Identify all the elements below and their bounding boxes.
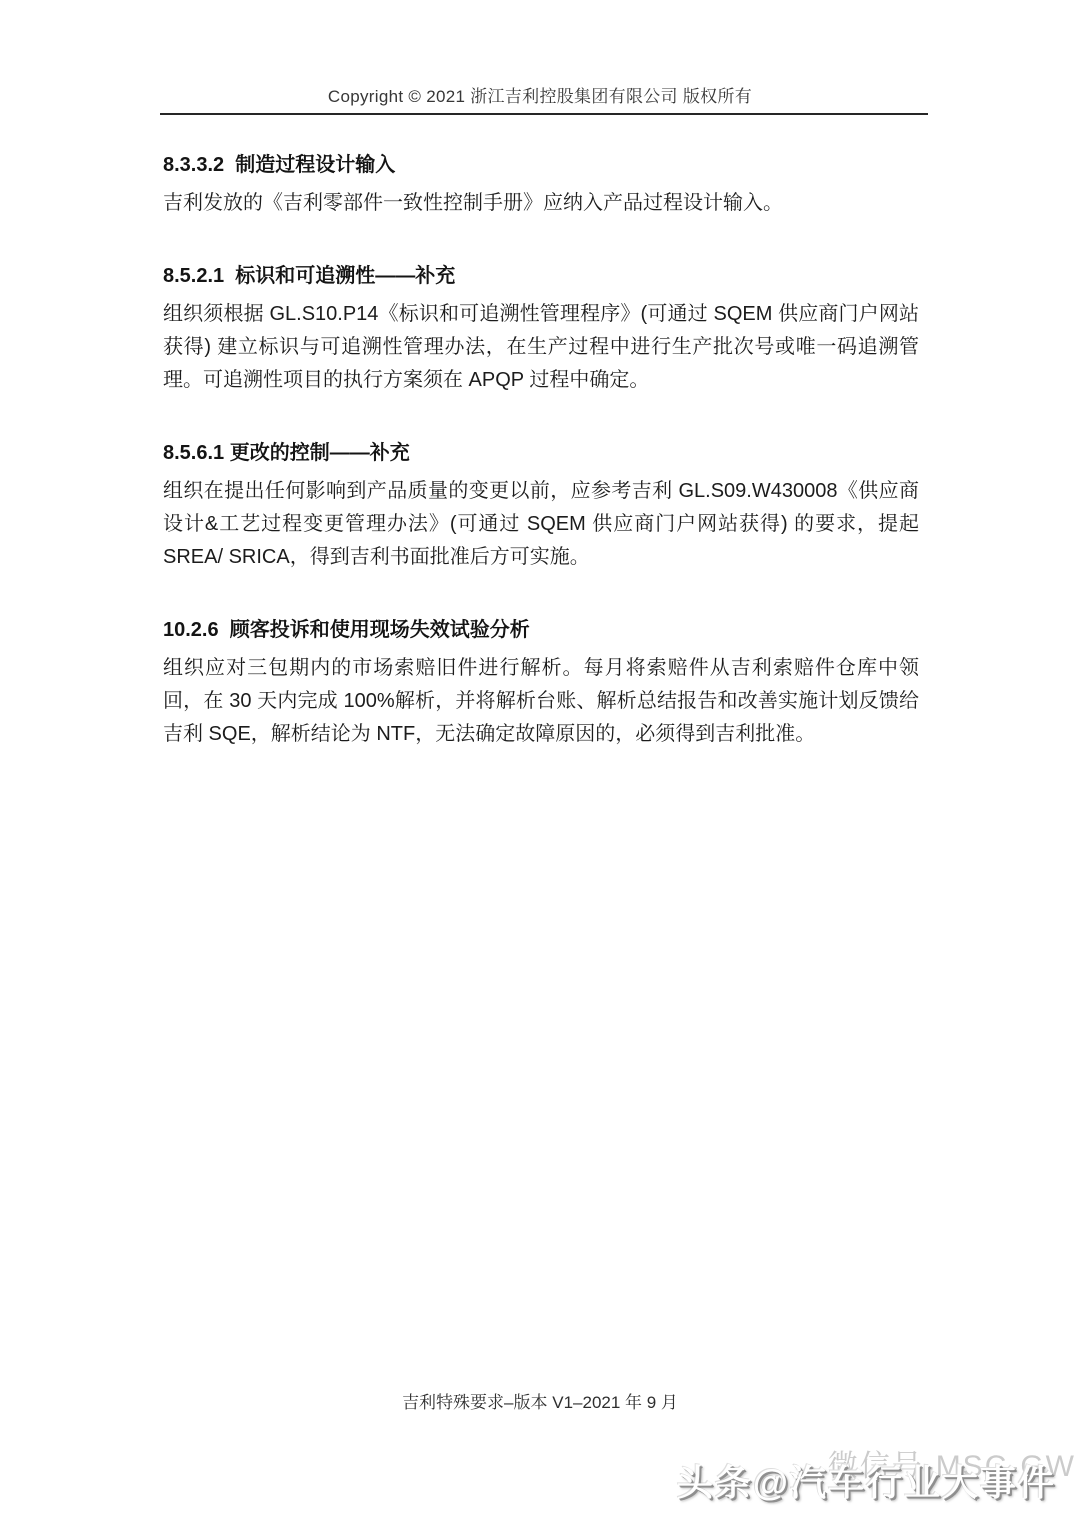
section-10-2-6: 10.2.6 顾客投诉和使用现场失效试验分析 组织应对三包期内的市场索赔旧件进行… <box>163 615 919 751</box>
section-heading: 8.5.6.1 更改的控制——补充 <box>163 438 919 468</box>
section-8-3-3-2: 8.3.3.2 制造过程设计输入 吉利发放的《吉利零部件一致性控制手册》应纳入产… <box>163 150 919 220</box>
watermark-toutiao-text: 头条@汽车行业大事件 <box>677 1455 1056 1506</box>
section-heading: 10.2.6 顾客投诉和使用现场失效试验分析 <box>163 615 919 645</box>
copyright-header: Copyright © 2021 浙江吉利控股集团有限公司 版权所有 <box>0 82 1080 107</box>
document-body: 8.3.3.2 制造过程设计输入 吉利发放的《吉利零部件一致性控制手册》应纳入产… <box>163 150 919 751</box>
section-8-5-6-1: 8.5.6.1 更改的控制——补充 组织在提出任何影响到产品质量的变更以前，应参… <box>163 438 919 574</box>
header-divider-line <box>160 113 928 115</box>
footer-version-line: 吉利特殊要求–版本 V1–2021 年 9 月 <box>0 1388 1080 1413</box>
watermark: 微信号-MSC-GW 头条@汽车行业大事件 <box>650 1441 1070 1519</box>
section-paragraph: 组织应对三包期内的市场索赔旧件进行解析。每月将索赔件从吉利索赔件仓库中领回，在 … <box>163 652 919 751</box>
document-page: Copyright © 2021 浙江吉利控股集团有限公司 版权所有 8.3.3… <box>0 0 1080 1527</box>
section-paragraph: 组织在提出任何影响到产品质量的变更以前，应参考吉利 GL.S09.W430008… <box>163 475 919 574</box>
section-paragraph: 组织须根据 GL.S10.P14《标识和可追溯性管理程序》(可通过 SQEM 供… <box>163 298 919 397</box>
section-paragraph: 吉利发放的《吉利零部件一致性控制手册》应纳入产品过程设计输入。 <box>163 187 919 220</box>
section-heading: 8.3.3.2 制造过程设计输入 <box>163 150 919 180</box>
section-heading: 8.5.2.1 标识和可追溯性——补充 <box>163 261 919 291</box>
section-8-5-2-1: 8.5.2.1 标识和可追溯性——补充 组织须根据 GL.S10.P14《标识和… <box>163 261 919 397</box>
watermark-wechat-text: 微信号-MSC-GW <box>828 1441 1076 1485</box>
